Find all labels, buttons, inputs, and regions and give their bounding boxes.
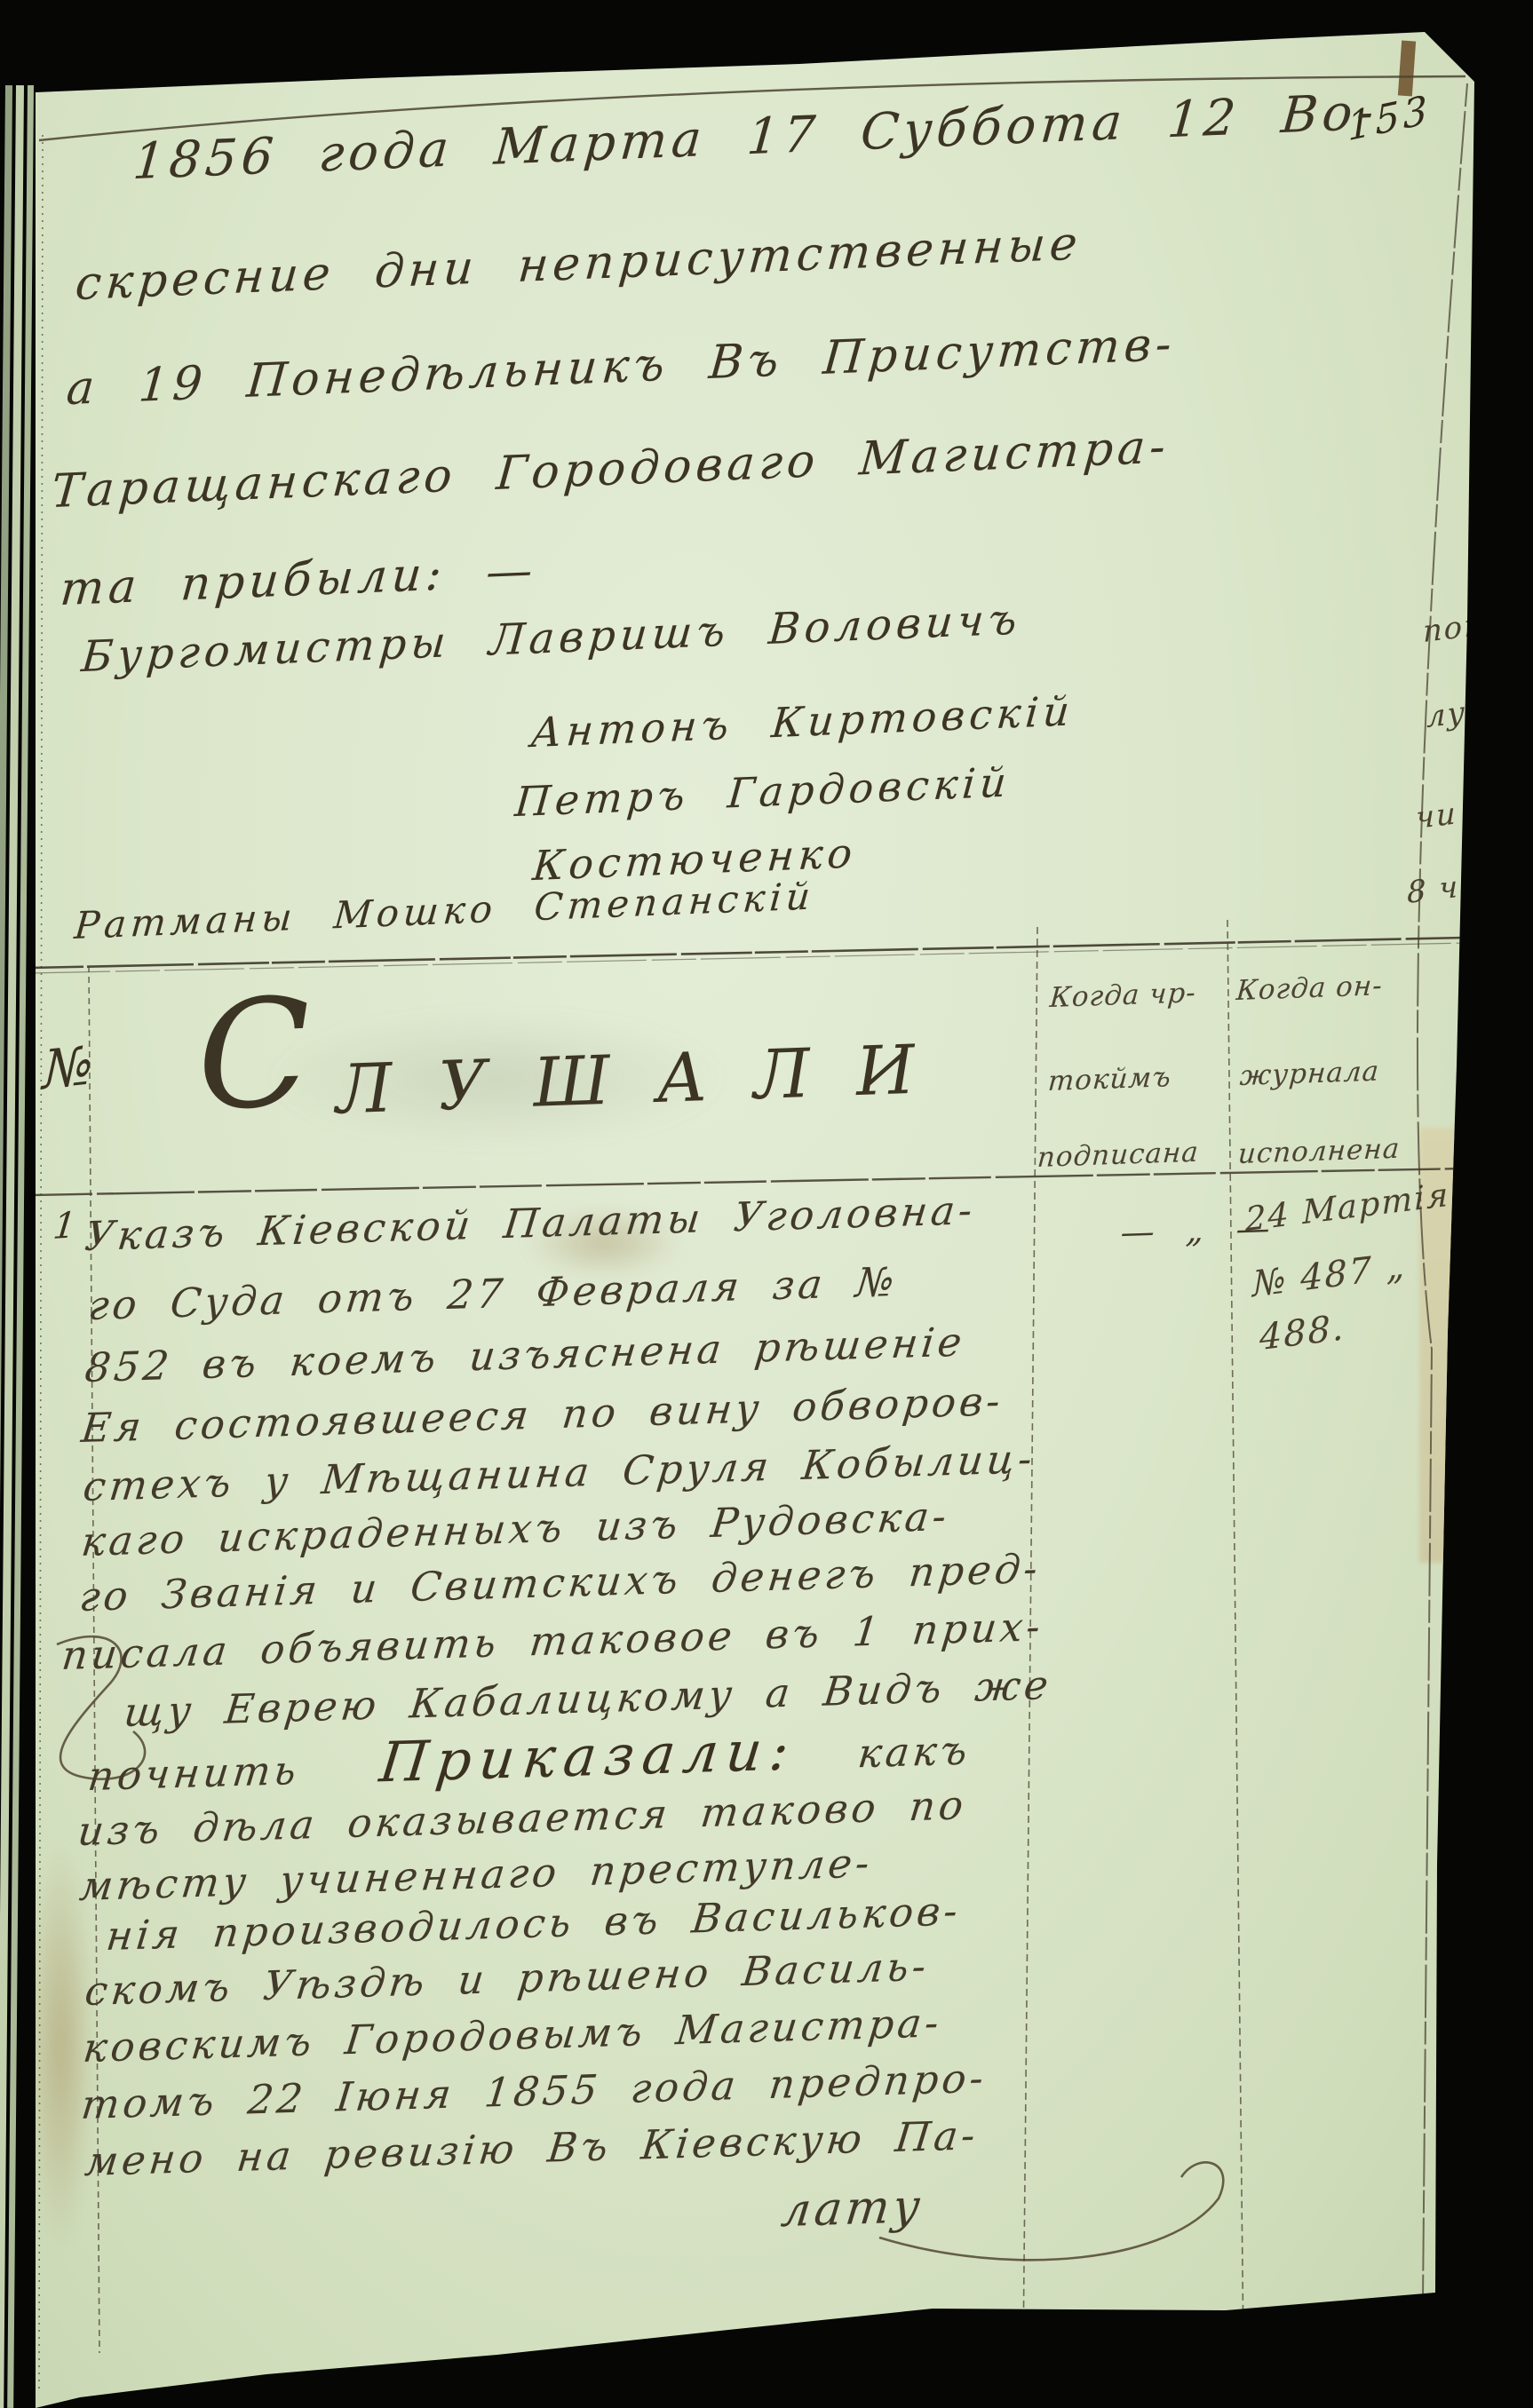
resolution-keyword: Приказали: bbox=[377, 1717, 800, 1794]
signed-column-header-line: подписана bbox=[1037, 1137, 1200, 1174]
resolution-post: какъ bbox=[855, 1726, 973, 1777]
heard-header-initial: С bbox=[195, 994, 314, 1117]
closing-flourish bbox=[879, 2162, 1223, 2260]
heard-header-rest: ЛУШАЛИ bbox=[335, 1034, 963, 1124]
paper-sheet: 153 1856 года Марта 17 Суббота 12 Во- ск… bbox=[0, 0, 1533, 2408]
entry-number: 1 bbox=[52, 1205, 78, 1248]
scanned-journal-page: 153 1856 года Марта 17 Суббота 12 Во- ск… bbox=[0, 0, 1533, 2408]
executed-column-header-line: Когда он- bbox=[1235, 970, 1384, 1007]
signed-column-header-line: токймъ bbox=[1047, 1061, 1172, 1097]
entry-closing-word: лату bbox=[779, 2180, 926, 2238]
signed-column-header-line: Когда чр- bbox=[1049, 977, 1197, 1014]
number-column-header: № bbox=[42, 1034, 94, 1103]
heard-header: С ЛУШАЛИ bbox=[195, 970, 963, 1129]
resolution-pre: почнить bbox=[85, 1747, 302, 1800]
executed-column-header-line: журнала bbox=[1239, 1055, 1381, 1092]
executed-column-header-line: исполнена bbox=[1237, 1133, 1402, 1170]
